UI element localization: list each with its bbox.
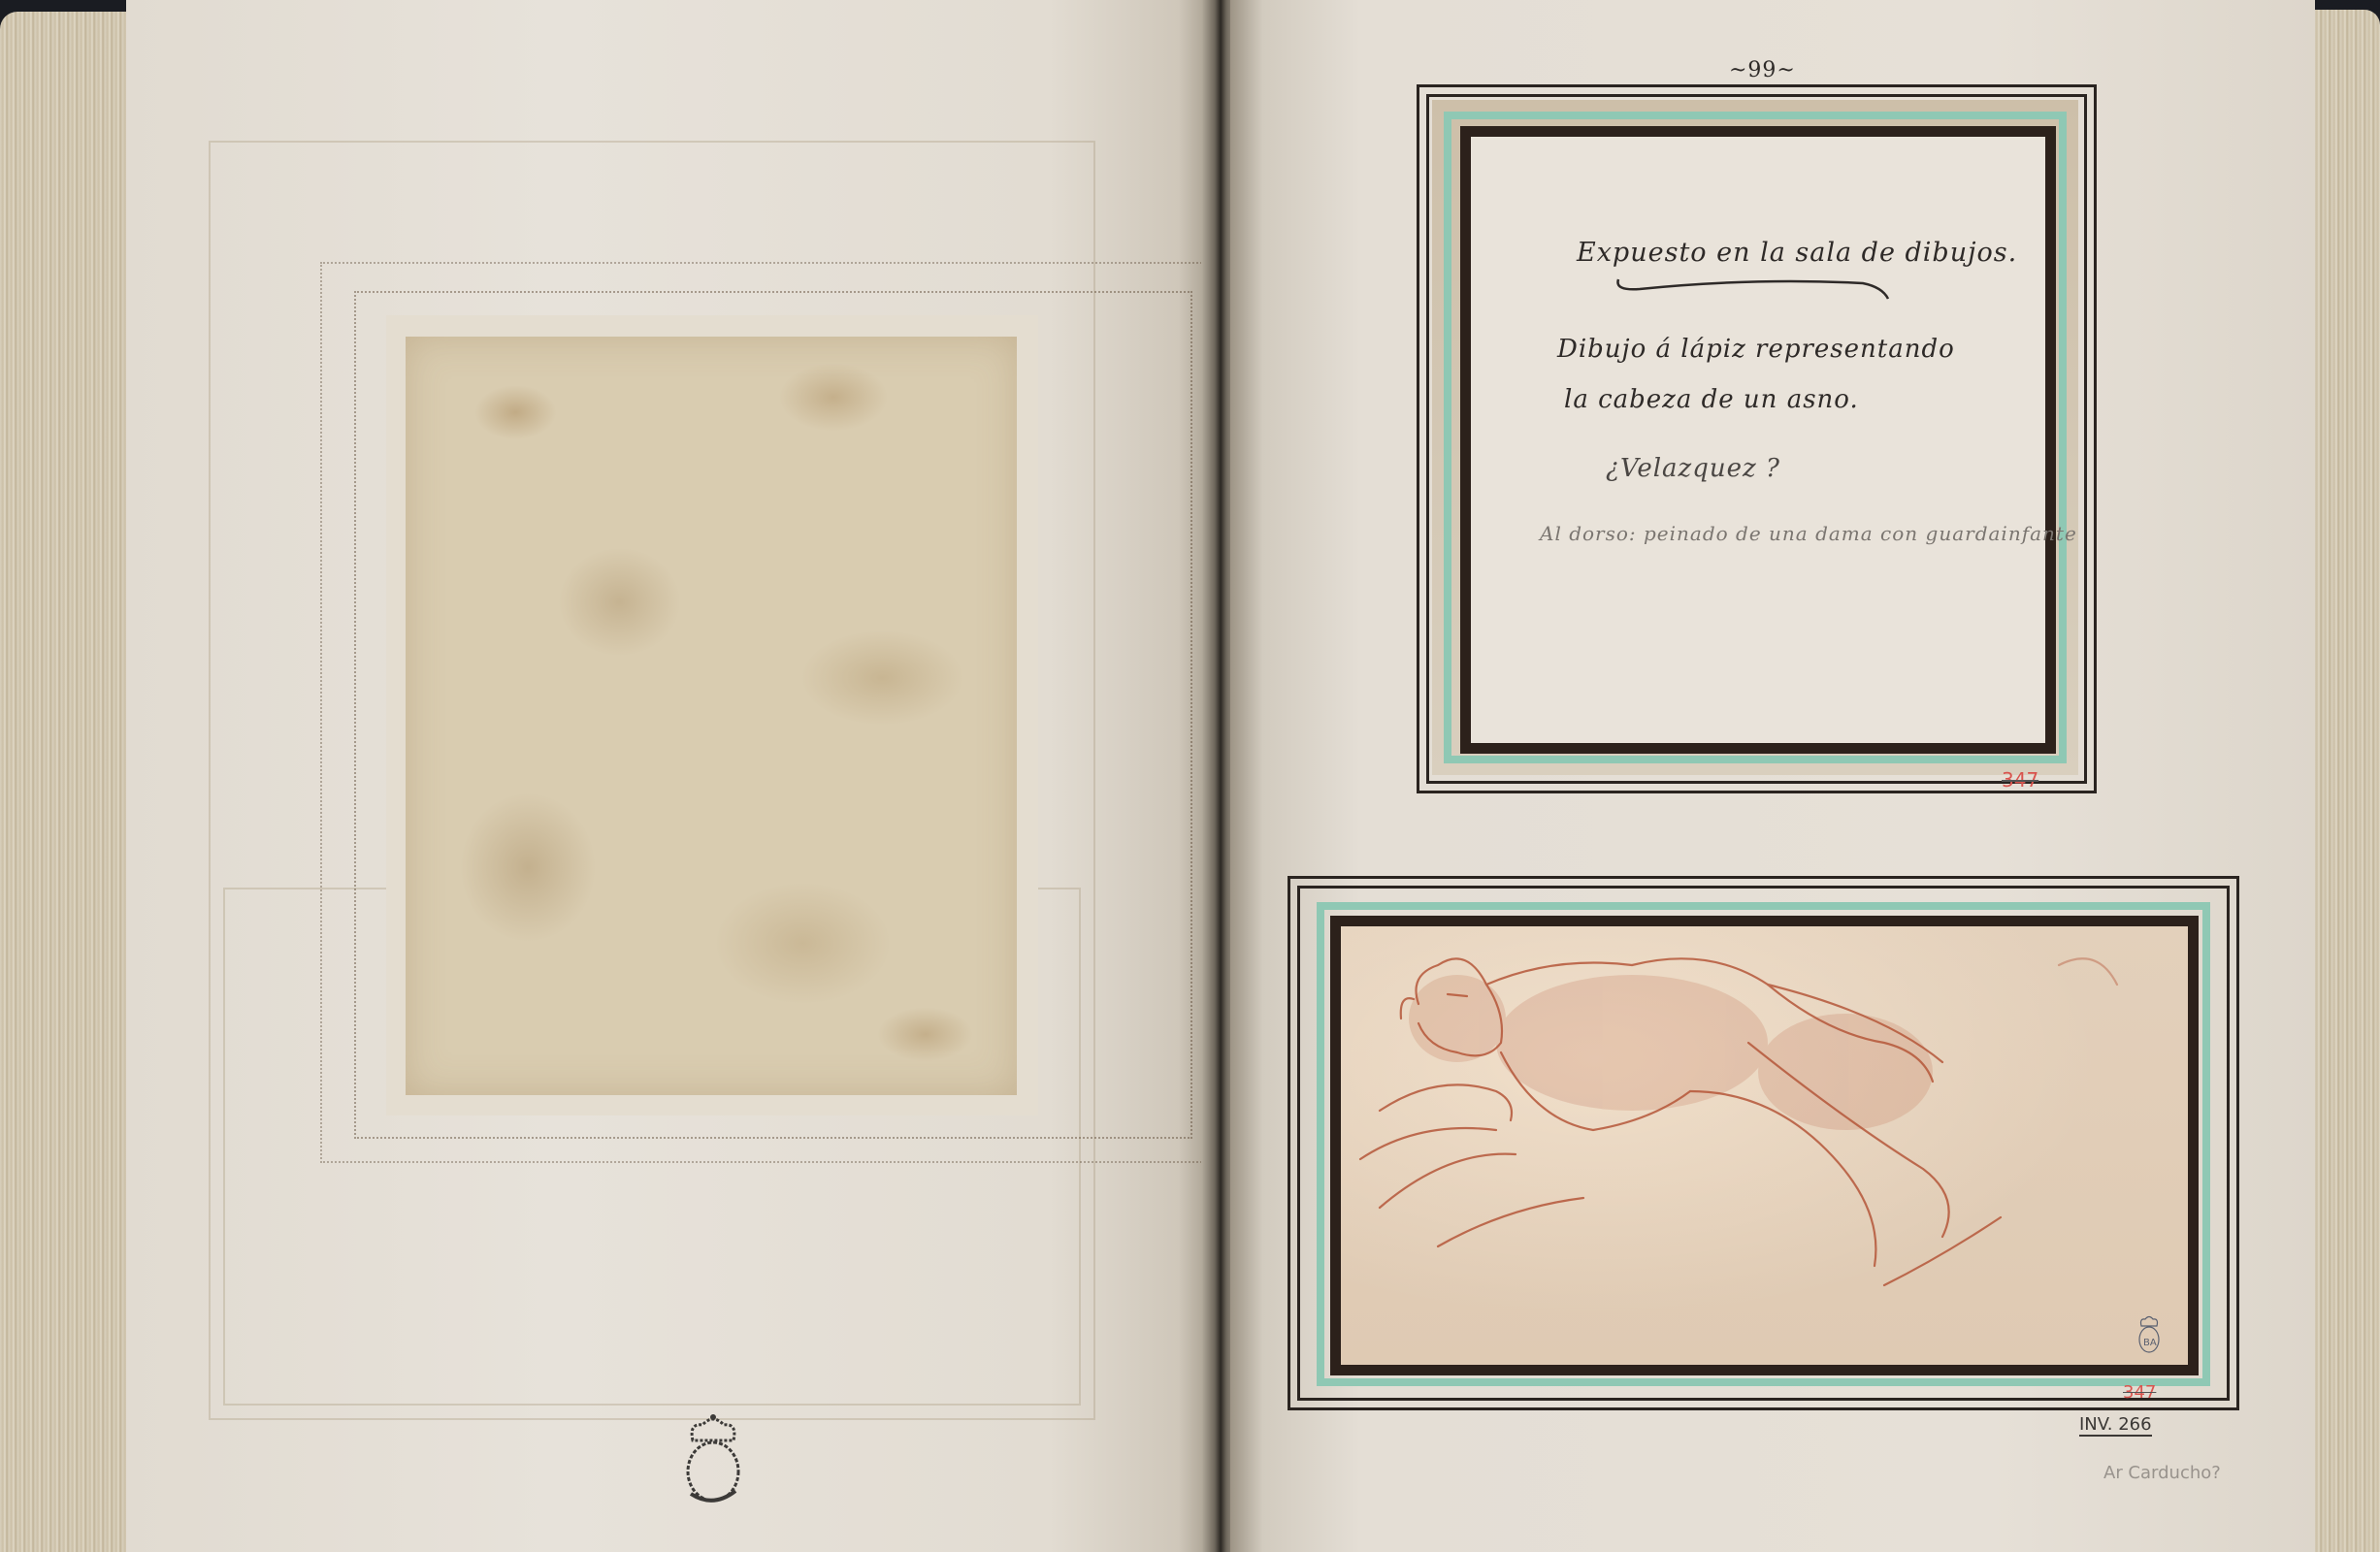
royal-crown-monogram-stamp-icon: BA xyxy=(2135,1314,2164,1355)
red-chalk-drawing xyxy=(1330,916,2199,1375)
note-line-1: Dibujo á lápiz representando xyxy=(1557,335,1955,364)
pencil-attribution-note: Ar Carducho? xyxy=(2103,1463,2221,1483)
inventory-number: INV. 266 xyxy=(2079,1414,2152,1437)
note-red-number: 347 xyxy=(2002,768,2038,792)
right-page-edges xyxy=(2314,10,2380,1552)
left-page-edges xyxy=(0,12,128,1552)
attribution: ¿Velazquez ? xyxy=(1606,454,1780,483)
note-line-2: la cabeza de un asno. xyxy=(1564,385,1859,414)
stained-empty-sheet xyxy=(406,337,1017,1095)
page-number: ~99~ xyxy=(1729,58,1796,82)
royal-crown-stamp-icon xyxy=(679,1411,747,1508)
verso-note: Al dorso: peinado de una dama con guarda… xyxy=(1540,522,2077,545)
note-heading: Expuesto en la sala de dibujos. xyxy=(1577,238,2017,268)
svg-text:BA: BA xyxy=(2143,1338,2157,1348)
drawing-red-number: 347 xyxy=(2123,1382,2156,1403)
reclining-animal-sketch xyxy=(1341,926,2188,1365)
note-card xyxy=(1460,126,2056,754)
heading-flourish xyxy=(1611,274,1892,303)
